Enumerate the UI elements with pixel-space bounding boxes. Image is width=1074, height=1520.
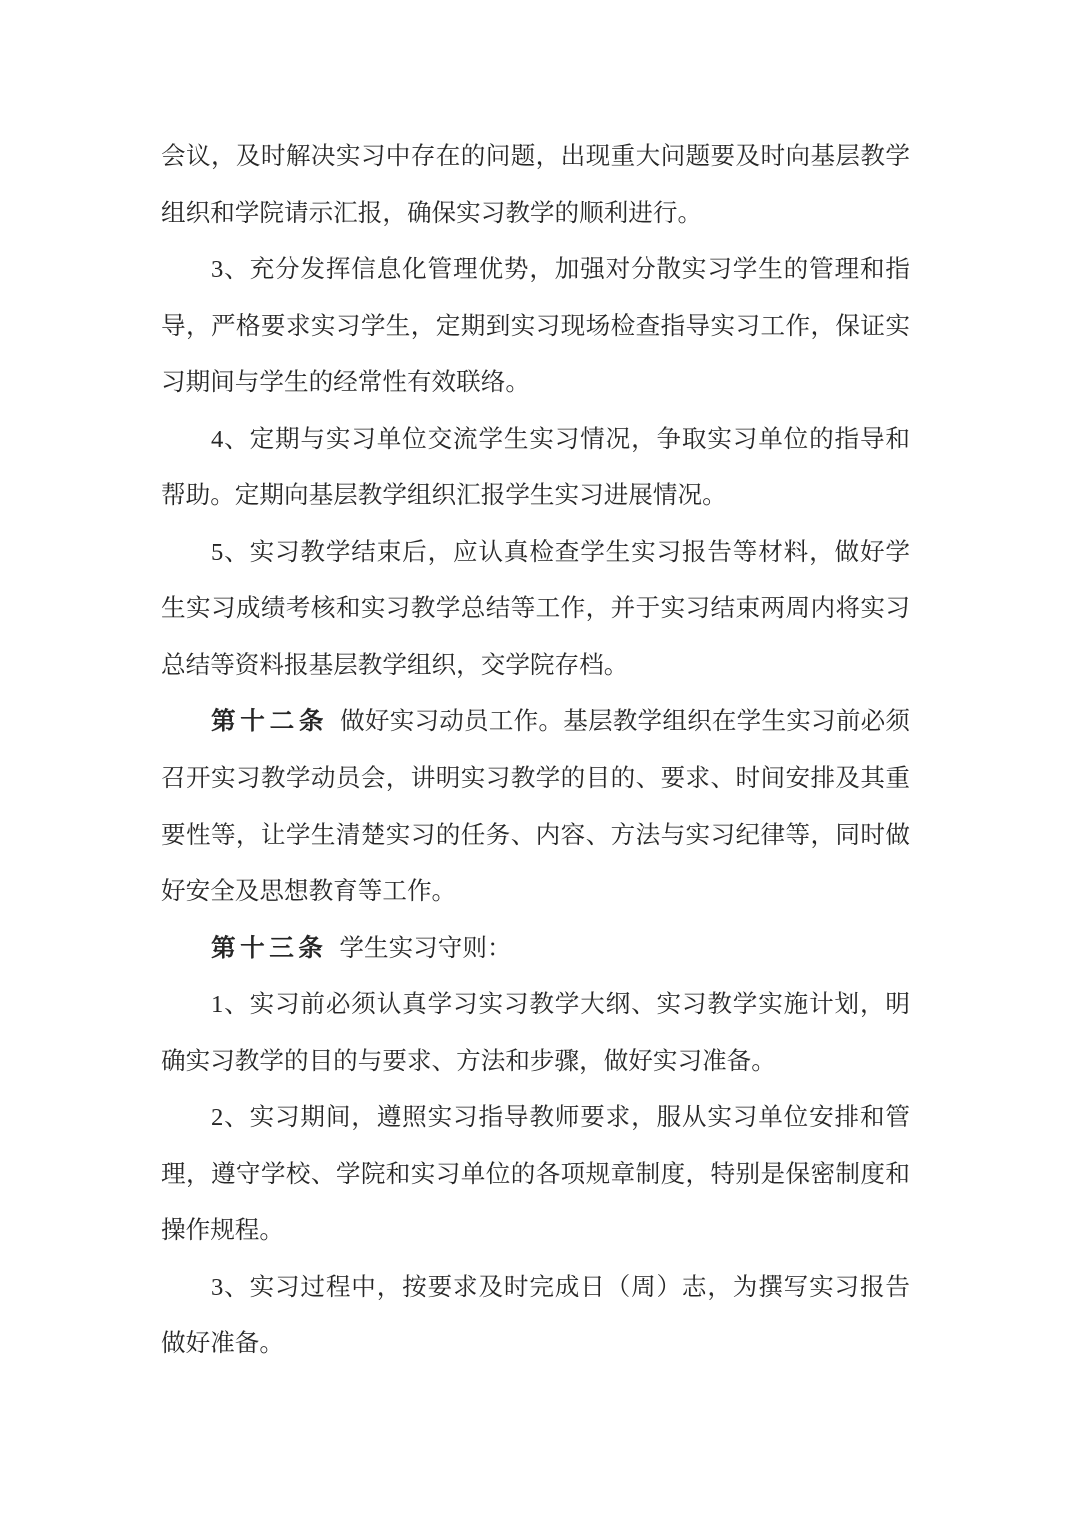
- text-line: 做好准备。: [161, 1316, 910, 1373]
- article-13-text: 学生实习守则：: [339, 935, 511, 962]
- text-line: 好安全及思想教育等工作。: [161, 864, 910, 921]
- text-line: 3、实习过程中，按要求及时完成日（周）志，为撰写实习报告: [161, 1260, 910, 1317]
- text-line: 要性等，让学生清楚实习的任务、内容、方法与实习纪律等，同时做: [161, 808, 910, 865]
- text-line: 2、实习期间，遵照实习指导教师要求，服从实习单位安排和管: [161, 1090, 910, 1147]
- article-12-heading: 第十二条: [211, 708, 328, 735]
- text-line: 操作规程。: [161, 1203, 910, 1260]
- text-line: 4、定期与实习单位交流学生实习情况，争取实习单位的指导和: [161, 412, 910, 469]
- text-line: 确实习教学的目的与要求、方法和步骤，做好实习准备。: [161, 1034, 910, 1091]
- text-line: 第十三条学生实习守则：: [161, 921, 910, 978]
- text-line: 1、实习前必须认真学习实习教学大纲、实习教学实施计划，明: [161, 977, 910, 1034]
- text-line: 习期间与学生的经常性有效联络。: [161, 355, 910, 412]
- text-line: 生实习成绩考核和实习教学总结等工作，并于实习结束两周内将实习: [161, 581, 910, 638]
- text-line: 总结等资料报基层教学组织，交学院存档。: [161, 638, 910, 695]
- text-line: 召开实习教学动员会，讲明实习教学的目的、要求、时间安排及其重: [161, 751, 910, 808]
- text-line: 5、实习教学结束后，应认真检查学生实习报告等材料，做好学: [161, 525, 910, 582]
- text-line: 3、充分发挥信息化管理优势，加强对分散实习学生的管理和指: [161, 242, 910, 299]
- text-line: 理，遵守学校、学院和实习单位的各项规章制度，特别是保密制度和: [161, 1147, 910, 1204]
- document-page: 会议，及时解决实习中存在的问题，出现重大问题要及时向基层教学 组织和学院请示汇报…: [0, 0, 1074, 1520]
- text-line: 第十二条做好实习动员工作。基层教学组织在学生实习前必须: [161, 694, 910, 751]
- article-12-text: 做好实习动员工作。基层教学组织在学生实习前必须: [340, 708, 910, 735]
- article-13-heading: 第十三条: [211, 935, 327, 962]
- text-line: 组织和学院请示汇报，确保实习教学的顺利进行。: [161, 186, 910, 243]
- text-line: 会议，及时解决实习中存在的问题，出现重大问题要及时向基层教学: [161, 129, 910, 186]
- text-line: 导，严格要求实习学生，定期到实习现场检查指导实习工作，保证实: [161, 299, 910, 356]
- text-line: 帮助。定期向基层教学组织汇报学生实习进展情况。: [161, 468, 910, 525]
